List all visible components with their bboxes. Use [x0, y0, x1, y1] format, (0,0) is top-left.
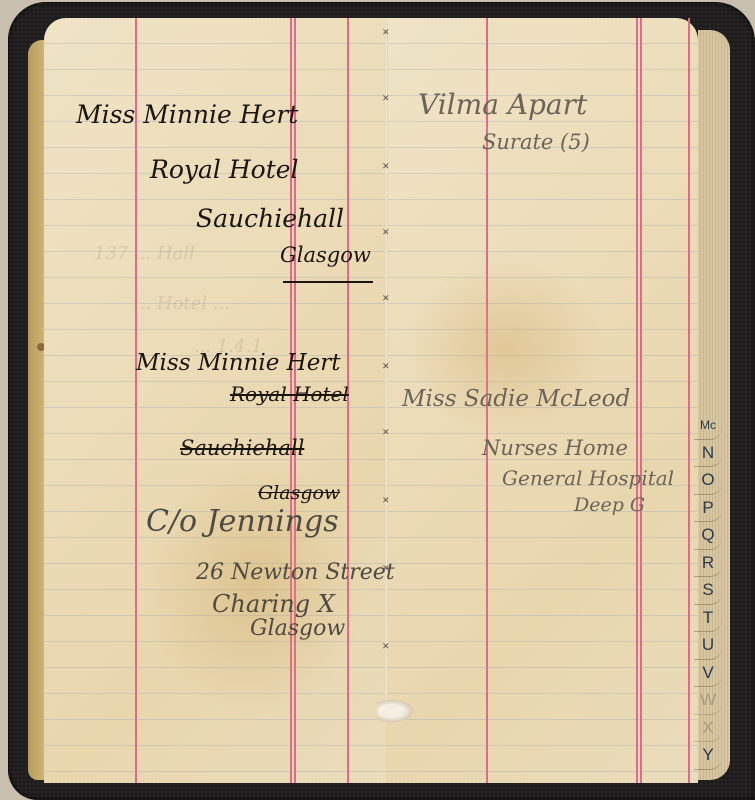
- entry-address-line-struck: Royal Hotel: [230, 382, 349, 406]
- index-tab-t[interactable]: T: [694, 605, 722, 633]
- entry-address-line-struck: Sauchiehall: [180, 436, 304, 460]
- stitch-mark: ✕: [382, 430, 391, 436]
- entry-address-line: Glasgow: [250, 616, 345, 641]
- entry-address-line: 26 Newton Street: [196, 560, 395, 585]
- index-tab-o[interactable]: O: [694, 467, 722, 495]
- index-tab-x[interactable]: X: [694, 715, 722, 743]
- entry-name: Miss Sadie McLeod: [402, 386, 630, 412]
- entry-address-line: Glasgow: [280, 243, 371, 267]
- entry-address-line: Surate (5): [482, 130, 590, 154]
- margin-line: [135, 18, 137, 783]
- entry-address-line-struck: Glasgow: [258, 482, 340, 504]
- index-tab-w[interactable]: W: [694, 687, 722, 715]
- thumb-index-tabs: Mc N O P Q R S T U V W X Y: [694, 412, 722, 770]
- index-tab-p[interactable]: P: [694, 495, 722, 523]
- bleed-through-text: ... Hotel ...: [134, 293, 230, 314]
- stitch-mark: ✕: [382, 644, 391, 650]
- stitch-mark: ✕: [382, 30, 391, 36]
- entry-address-line: Deep G: [574, 494, 645, 516]
- index-tab-u[interactable]: U: [694, 632, 722, 660]
- care-of-line: C/o Jennings: [146, 504, 339, 539]
- index-tab-v[interactable]: V: [694, 660, 722, 688]
- ink-underline: [283, 281, 373, 283]
- margin-line: [640, 18, 642, 783]
- index-tab-n[interactable]: N: [694, 440, 722, 468]
- entry-address-line: Sauchiehall: [196, 204, 344, 233]
- index-tab-r[interactable]: R: [694, 550, 722, 578]
- entry-address-line: Nurses Home: [482, 436, 628, 460]
- margin-line: [688, 18, 690, 783]
- stitch-mark: ✕: [382, 96, 391, 102]
- margin-line: [636, 18, 638, 783]
- stitch-mark: ✕: [382, 164, 391, 170]
- stitch-mark: ✕: [382, 296, 391, 302]
- stitch-mark: ✕: [382, 230, 391, 236]
- binding-knot: [377, 700, 413, 722]
- stitch-mark: ✕: [382, 364, 391, 370]
- index-tab-mc[interactable]: Mc: [694, 412, 722, 440]
- entry-name: Miss Minnie Hert: [76, 100, 298, 129]
- index-tab-q[interactable]: Q: [694, 522, 722, 550]
- entry-address-line: Royal Hotel: [150, 155, 299, 184]
- entry-address-line: General Hospital: [502, 466, 674, 490]
- bleed-through-text: 137 ... Hall: [94, 243, 195, 264]
- entry-name: Miss Minnie Hert: [136, 350, 341, 376]
- stitch-mark: ✕: [382, 498, 391, 504]
- index-tab-y[interactable]: Y: [694, 742, 722, 770]
- entry-name: Vilma Apart: [418, 88, 587, 121]
- entry-address-line: Charing X: [212, 590, 335, 618]
- index-tab-s[interactable]: S: [694, 577, 722, 605]
